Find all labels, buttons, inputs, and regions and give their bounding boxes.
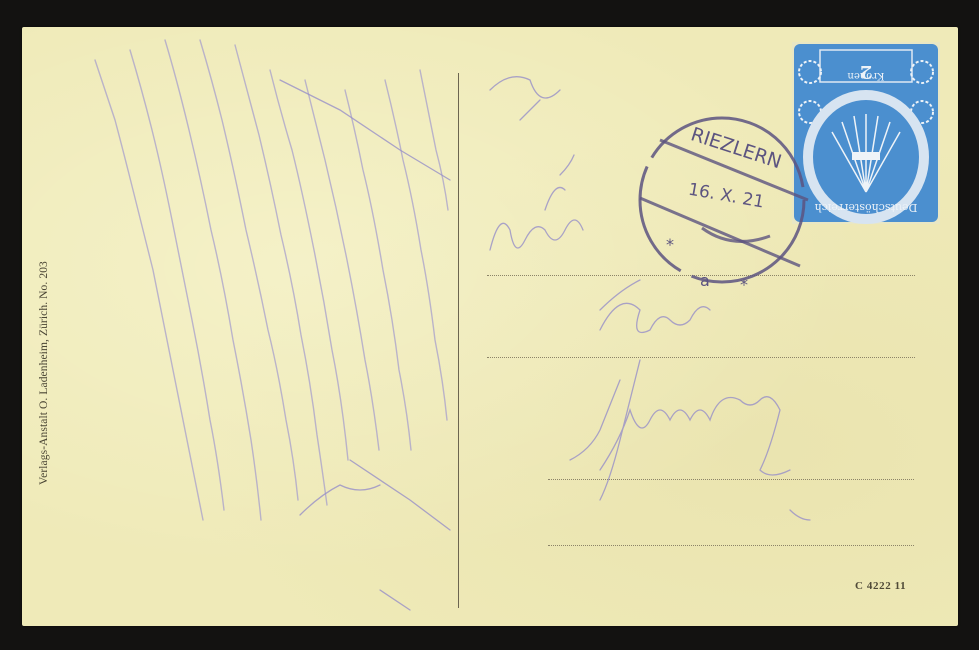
svg-text:*: * xyxy=(666,235,674,254)
address-line-4 xyxy=(548,545,914,546)
address-line-2 xyxy=(487,357,915,358)
postmark-date: 16. X. 21 xyxy=(687,180,766,213)
svg-text:Kronen: Kronen xyxy=(847,70,885,81)
postmark-town: RIEZLERN xyxy=(688,123,784,173)
address-line-3 xyxy=(548,479,914,480)
center-divider-line xyxy=(458,73,459,608)
publisher-imprint: Verlags-Anstalt O. Ladenheim, Zürich. No… xyxy=(38,261,50,485)
svg-text:Deutschösterreich: Deutschösterreich xyxy=(815,201,918,214)
catalog-number: C 4222 11 xyxy=(855,580,906,592)
postmark-sub-letter: a xyxy=(700,271,710,290)
svg-text:*: * xyxy=(740,275,748,294)
scan-background: Verlags-Anstalt O. Ladenheim, Zürich. No… xyxy=(0,0,979,650)
postmark-cancellation: RIEZLERN 16. X. 21 * * a xyxy=(630,100,830,310)
